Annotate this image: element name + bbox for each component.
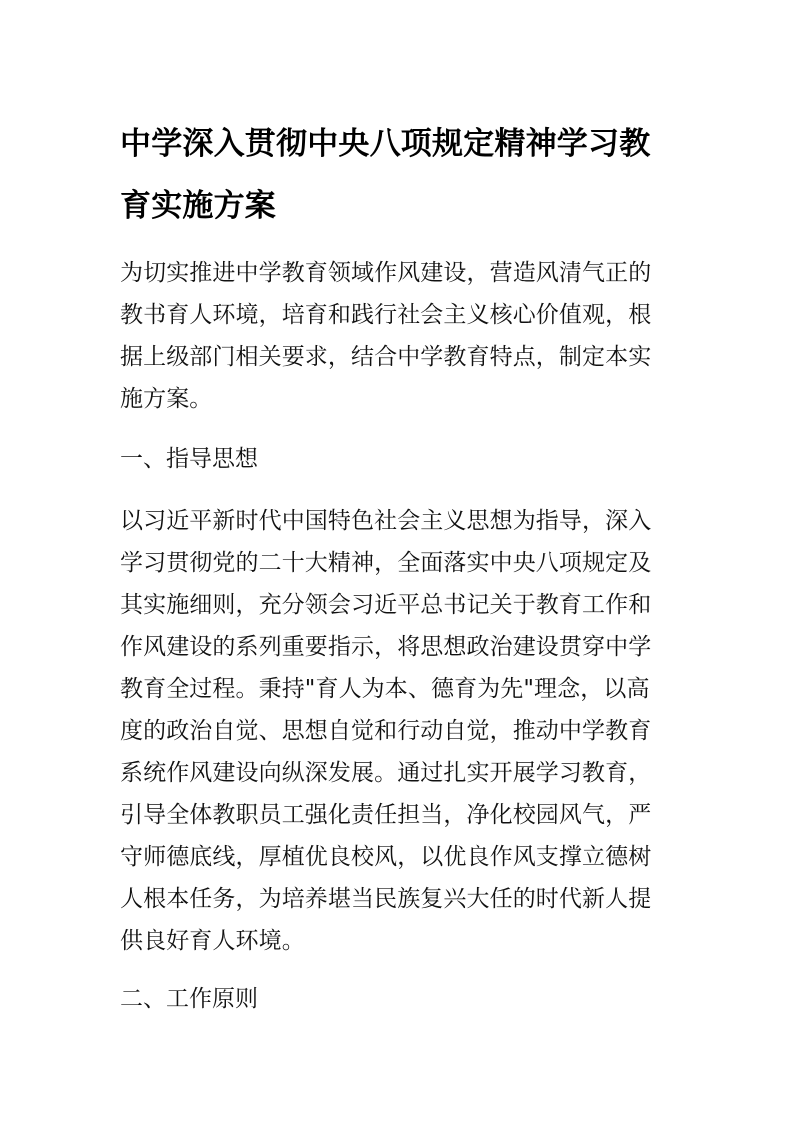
intro-paragraph-line: 为切实推进中学教育领域作风建设，营造风清气正的 [120, 254, 651, 287]
section-paragraph-line: 引导全体教职员工强化责任担当，净化校园风气，严 [120, 796, 651, 829]
section-paragraph-line: 作风建设的系列重要指示，将思想政治建设贯穿中学 [120, 628, 651, 661]
section-paragraph-line: 以习近平新时代中国特色社会主义思想为指导，深入 [120, 502, 651, 535]
section-paragraph-line: 系统作风建设向纵深发展。通过扎实开展学习教育， [120, 754, 651, 787]
intro-paragraph-line: 据上级部门相关要求，结合中学教育特点，制定本实 [120, 338, 651, 371]
section-heading-guiding-ideology: 一、指导思想 [120, 440, 258, 473]
document-title-line-1: 中学深入贯彻中央八项规定精神学习教 [120, 118, 650, 163]
intro-paragraph-line: 教书育人环境，培育和践行社会主义核心价值观，根 [120, 296, 651, 329]
section-paragraph-line: 学习贯彻党的二十大精神，全面落实中央八项规定及 [120, 544, 651, 577]
section-paragraph-line: 度的政治自觉、思想自觉和行动自觉，推动中学教育 [120, 712, 651, 745]
section-paragraph-line: 教育全过程。秉持"育人为本、德育为先"理念，以高 [120, 670, 650, 703]
section-paragraph-line: 守师德底线，厚植优良校风，以优良作风支撑立德树 [120, 838, 651, 871]
intro-paragraph-line: 施方案。 [120, 380, 212, 413]
section-paragraph-line: 供良好育人环境。 [120, 922, 305, 955]
section-paragraph-line: 其实施细则，充分领会习近平总书记关于教育工作和 [120, 586, 651, 619]
section-paragraph-line: 人根本任务，为培养堪当民族复兴大任的时代新人提 [120, 880, 651, 913]
document-title-line-2: 育实施方案 [120, 180, 276, 225]
section-heading-work-principles: 二、工作原则 [120, 980, 258, 1013]
